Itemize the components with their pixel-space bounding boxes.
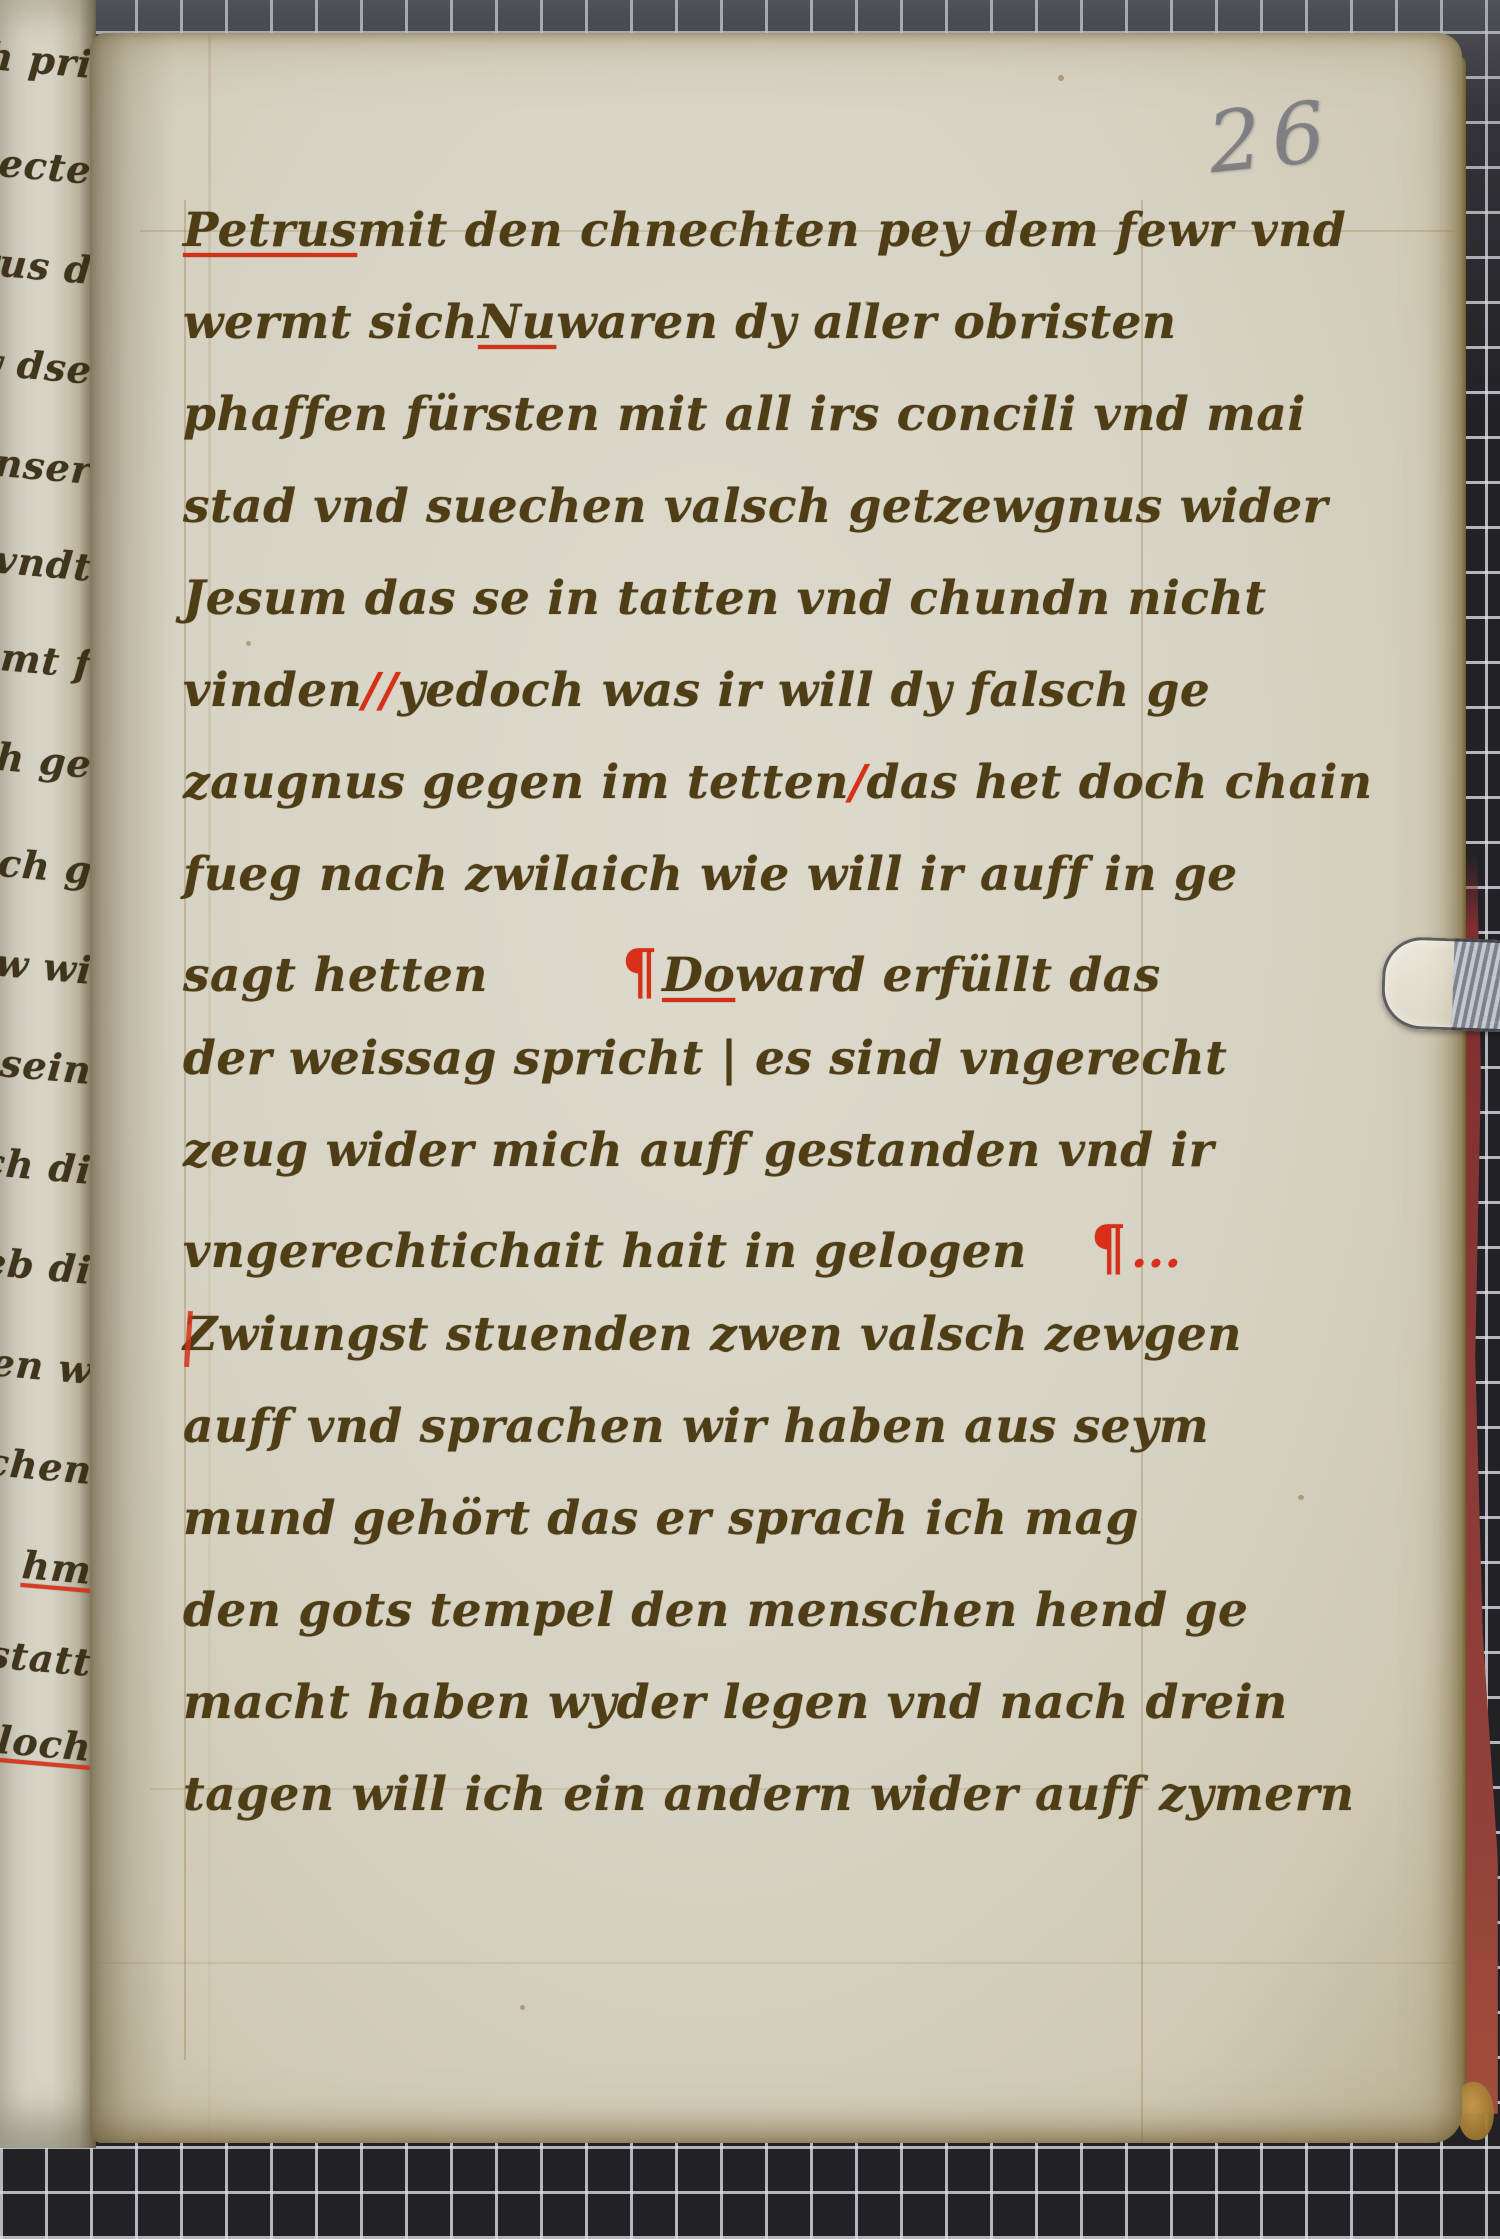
facing-page-text-fragment: statt: [0, 1631, 94, 1685]
parchment-crease: [100, 1962, 1460, 1964]
page-holder-clip: [1380, 936, 1500, 1032]
rubric-mark: ¶: [1091, 1212, 1127, 1283]
manuscript-line: Petrus mit den chnechten pey dem fewr vn…: [183, 203, 1353, 295]
manuscript-line: Zw iungst stuenden zwen valsch zewgen: [183, 1307, 1353, 1399]
manuscript-line: Jesum das se in tatten vnd chundn nicht: [183, 571, 1353, 663]
ink-text: Nu: [478, 295, 556, 350]
facing-page-text-fragment: ach di: [0, 1136, 94, 1193]
photo-canvas: { "photo": { "subject": "medieval manusc…: [0, 0, 1500, 2239]
manuscript-line: stad vnd suechen valsch getzewgnus wider: [183, 479, 1353, 571]
facing-page-text-fragment: ch ich pri: [0, 23, 94, 86]
spacing-gap: [1027, 1266, 1087, 1267]
manuscript-line: auff vnd sprachen wir haben aus seym: [183, 1399, 1353, 1491]
ink-text: mund gehört das er sprach ich mag: [183, 1491, 1139, 1546]
facing-page-text-fragment: an vnser: [0, 432, 94, 493]
facing-page-text-fragment: uchen: [0, 1436, 94, 1493]
manuscript-line: wermt sich Nu waren dy aller obristen: [183, 295, 1353, 387]
facing-page-text-fragment: leich ge: [0, 727, 94, 787]
ink-text: zeug wider mich auff gestanden vnd ir: [183, 1123, 1214, 1178]
ink-text: mit den chnechten pey dem fewr vnd: [357, 203, 1346, 258]
foxing-speck: [1058, 75, 1064, 81]
facing-page-text-fragment: sein: [0, 1040, 94, 1093]
ink-text: macht haben wyder legen vnd nach drein: [183, 1675, 1288, 1730]
rubric-mark: ¶: [622, 936, 658, 1007]
manuscript-line: macht haben wyder legen vnd nach drein: [183, 1675, 1353, 1767]
ink-text: fueg nach zwilaich wie will ir auff in g…: [183, 847, 1238, 902]
ink-text: tagen will ich ein andern wider auff zym…: [183, 1767, 1355, 1822]
facing-page-text-fragment: wie ecte: [0, 132, 94, 193]
manuscript-text-block: Petrus mit den chnechten pey dem fewr vn…: [183, 203, 1353, 1859]
manuscript-line: fueg nach zwilaich wie will ir auff in g…: [183, 847, 1353, 939]
ink-text: Petrus: [183, 203, 357, 258]
facing-page-text-fragment: ew wi: [0, 937, 94, 992]
manuscript-line: zeug wider mich auff gestanden vnd ir: [183, 1123, 1353, 1215]
facing-page-text-fragment: lieb di: [0, 1236, 94, 1293]
ink-text: Do: [662, 948, 735, 1003]
manuscript-line: mund gehört das er sprach ich mag: [183, 1491, 1353, 1583]
manuscript-line: den gots tempel den menschen hend ge: [183, 1583, 1353, 1675]
facing-page-text-fragment: loch: [0, 1717, 94, 1770]
ink-text: yedoch was ir will dy falsch ge: [398, 663, 1211, 718]
page-number: 26: [1203, 82, 1339, 193]
ink-text: den gots tempel den menschen hend ge: [183, 1583, 1248, 1638]
ink-text: auff vnd sprachen wir haben aus seym: [183, 1399, 1209, 1454]
manuscript-line: der weissag spricht | es sind vngerecht: [183, 1031, 1353, 1123]
facing-page-fragments: ch ich priwie ected petrus da pey dsean …: [0, 0, 96, 2148]
spacing-gap: [488, 990, 618, 991]
ink-text: Jesum das se in tatten vnd chundn nicht: [183, 571, 1266, 626]
facing-page-text-fragment: sen w: [0, 1337, 94, 1393]
manuscript-line: sagt hetten¶ Do ward erfüllt das: [183, 939, 1353, 1031]
facing-page-text-fragment: hm: [20, 1542, 93, 1593]
clip-arm: [1451, 938, 1500, 1032]
ink-text: waren dy aller obristen: [556, 295, 1176, 350]
ink-text: vinden: [183, 663, 362, 718]
ink-text: vngerechtichait hait in gelogen: [183, 1224, 1027, 1279]
facing-page-text-fragment: d petrus d: [0, 228, 94, 293]
facing-page-text-fragment: lost omt f: [0, 623, 94, 687]
manuscript-line: zaugnus gegen im tetten / das het doch c…: [183, 755, 1353, 847]
manuscript-line: vinden // yedoch was ir will dy falsch g…: [183, 663, 1353, 755]
ink-text: phaffen fürsten mit all irs concili vnd …: [183, 387, 1306, 442]
foxing-speck: [520, 2005, 525, 2010]
ink-text: ward erfüllt das: [735, 948, 1161, 1003]
facing-page-text-fragment: euch g: [0, 835, 94, 893]
facing-page-edge: ch ich priwie ected petrus da pey dsean …: [0, 0, 96, 2148]
ink-text: Zw: [183, 1307, 259, 1362]
ink-text: wermt sich: [183, 295, 478, 350]
rubric-mark: ...: [1131, 1224, 1182, 1279]
ink-text: zaugnus gegen im tetten: [183, 755, 849, 810]
rubric-mark: //: [362, 663, 397, 718]
ink-text: stad vnd suechen valsch getzewgnus wider: [183, 479, 1328, 534]
ink-text: iungst stuenden zwen valsch zewgen: [259, 1307, 1242, 1362]
manuscript-line: tagen will ich ein andern wider auff zym…: [183, 1767, 1353, 1859]
ink-text: sagt hetten: [183, 948, 488, 1003]
manuscript-line: vngerechtichait hait in gelogen¶ ...: [183, 1215, 1353, 1307]
ink-text: der weissag spricht | es sind vngerecht: [183, 1031, 1227, 1086]
facing-page-text-fragment: von vndt: [0, 529, 94, 590]
rubric-mark: /: [849, 755, 867, 810]
facing-page-text-fragment: a pey dse: [0, 330, 94, 393]
manuscript-line: phaffen fürsten mit all irs concili vnd …: [183, 387, 1353, 479]
ink-text: das het doch chain: [867, 755, 1373, 810]
